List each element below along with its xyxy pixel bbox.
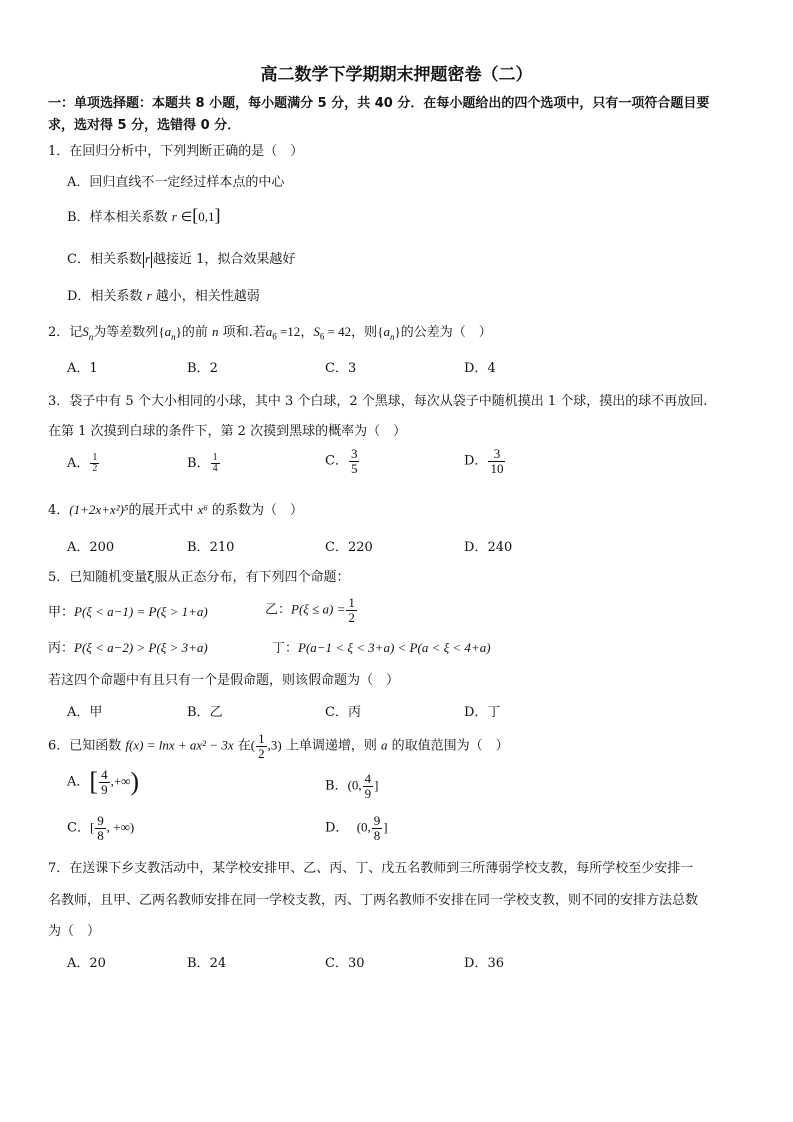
question-5-stem: 5．已知随机变量ξ服从正态分布，有下列四个命题： xyxy=(48,566,349,585)
question-3-stem-line1: 3．袋子中有 5 个大小相同的小球，其中 3 个白球，2 个黑球，每次从袋子中随… xyxy=(48,390,707,409)
proposition-ding: 丁：P(a−1 < ξ < 3+a) < P(a < ξ < 4+a) xyxy=(272,637,491,656)
question-7-stem-line3: 为（ ） xyxy=(48,920,100,939)
question-5-option-b: B．乙 xyxy=(187,701,223,720)
proposition-bing: 丙：P(ξ < a−2) > P(ξ > 3+a) xyxy=(48,637,208,656)
question-4-stem: 4．(1+2x+x²)⁵的展开式中 x⁶ 的系数为（ ） xyxy=(48,499,303,518)
question-2-option-b: B．2 xyxy=(187,357,218,376)
section-header-line1: 一：单项选择题：本题共 8 小题，每小题满分 5 分，共 40 分．在每小题给出… xyxy=(48,92,709,111)
question-6-option-a: A．[49,+∞) xyxy=(67,768,139,796)
question-5-stem2: 若这四个命题中有且只有一个是假命题，则该假命题为（ ） xyxy=(48,669,399,688)
section-header-line2: 求，选对得 5 分，选错得 0 分． xyxy=(48,114,240,133)
question-2-option-c: C．3 xyxy=(325,357,356,376)
question-3-option-d: D．310 xyxy=(464,447,506,475)
page-title: 高二数学下学期期末押题密卷（二） xyxy=(0,60,793,85)
question-6-option-b: B．(0,49] xyxy=(325,772,379,800)
question-2-option-d: D．4 xyxy=(464,357,496,376)
question-7-stem-line1: 7．在送课下乡支教活动中，某学校安排甲、乙、丙、丁、戊五名教师到三所薄弱学校支教… xyxy=(48,857,693,876)
question-7-option-b: B．24 xyxy=(187,952,226,971)
question-7-option-c: C．30 xyxy=(325,952,365,971)
question-1-option-c: C．相关系数r越接近 1，拟合效果越好 xyxy=(67,248,295,268)
question-6-stem: 6．已知函数 f(x) = lnx + ax² − 3x 在(12,3) 上单调… xyxy=(48,732,509,760)
question-3-stem-line2: 在第 1 次摸到白球的条件下，第 2 次摸到黑球的概率为（ ） xyxy=(48,420,406,439)
question-3-option-b: B．14 xyxy=(187,452,221,475)
question-1-stem: 1．在回归分析中，下列判断正确的是（ ） xyxy=(48,140,303,159)
question-6-option-d: D． (0,98] xyxy=(325,814,388,842)
question-5-option-d: D．丁 xyxy=(464,701,500,720)
question-5-option-a: A．甲 xyxy=(67,701,102,720)
question-6-option-c: C．[98, +∞) xyxy=(67,814,134,842)
question-1-option-d: D．相关系数 r 越小，相关性越弱 xyxy=(67,285,260,304)
question-2-option-a: A．1 xyxy=(67,357,98,376)
question-2-stem: 2．记Sn为等差数列{an}的前 n 项和.若a6 =12，S6 = 42，则{… xyxy=(48,321,492,343)
question-4-option-b: B．210 xyxy=(187,536,234,555)
proposition-yi: 乙：P(ξ ≤ a) =12 xyxy=(265,596,358,624)
question-7-option-d: D．36 xyxy=(464,952,504,971)
question-1-option-b: B．样本相关系数 r ∈[0,1] xyxy=(67,205,221,226)
question-3-option-a: A．12 xyxy=(67,452,100,475)
question-4-option-a: A．200 xyxy=(67,536,114,555)
question-7-stem-line2: 名教师，且甲、乙两名教师安排在同一学校支教，丙、丁两名教师不安排在同一学校支教，… xyxy=(48,889,698,908)
question-1-option-a: A．回归直线不一定经过样本点的中心 xyxy=(67,171,284,190)
question-5-option-c: C．丙 xyxy=(325,701,361,720)
question-4-option-d: D．240 xyxy=(464,536,512,555)
proposition-jia: 甲：P(ξ < a−1) = P(ξ > 1+a) xyxy=(48,601,208,620)
question-7-option-a: A．20 xyxy=(67,952,106,971)
question-4-option-c: C．220 xyxy=(325,536,373,555)
question-3-option-c: C．35 xyxy=(325,447,360,475)
